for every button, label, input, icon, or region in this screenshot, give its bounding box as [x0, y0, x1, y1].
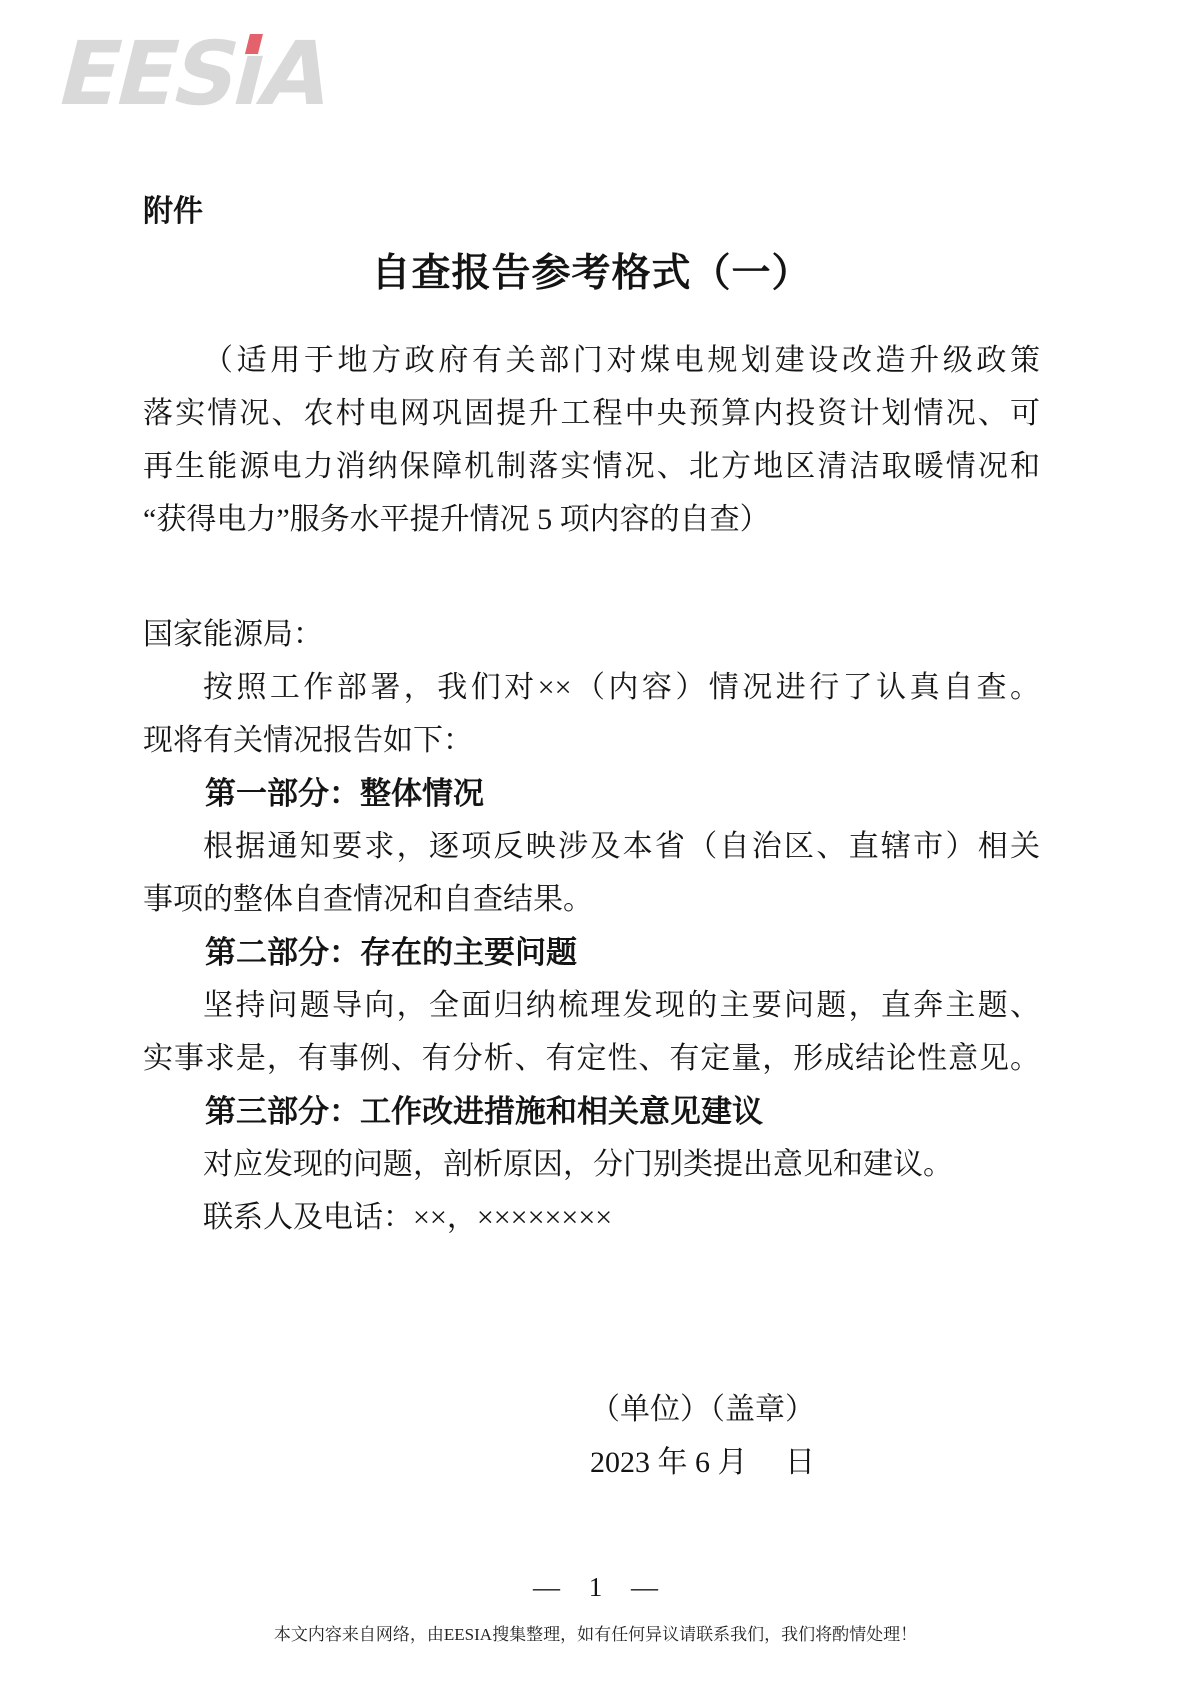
- signature-unit: （单位）（盖章）: [143, 1383, 815, 1436]
- report-body: 国家能源局： 按照工作部署，我们对××（内容）情况进行了认真自查。 现将有关情况…: [143, 608, 1040, 1244]
- section1-heading: 第一部分：整体情况: [143, 767, 1040, 820]
- signature-date: 2023 年 6 月 日: [143, 1436, 815, 1489]
- paragraph-line: 按照工作部署，我们对××（内容）情况进行了认真自查。: [143, 661, 1040, 714]
- subtitle-line: 落实情况、农村电网巩固提升工程中央预算内投资计划情况、可: [143, 387, 1040, 440]
- page-number: — 1 —: [0, 1572, 1191, 1602]
- section3-heading: 第三部分：工作改进措施和相关意见建议: [143, 1085, 1040, 1138]
- paragraph-line: 根据通知要求，逐项反映涉及本省（自治区、直辖市）相关: [143, 820, 1040, 873]
- contact-line: 联系人及电话：××，××××××××: [143, 1191, 1040, 1244]
- paragraph-line: 对应发现的问题，剖析原因，分门别类提出意见和建议。: [143, 1138, 1040, 1191]
- paragraph-line: 实事求是，有事例、有分析、有定性、有定量，形成结论性意见。: [143, 1032, 1040, 1085]
- paragraph-line: 事项的整体自查情况和自查结果。: [143, 873, 1040, 926]
- subtitle-paragraph: （适用于地方政府有关部门对煤电规划建设改造升级政策 落实情况、农村电网巩固提升工…: [143, 334, 1040, 546]
- section2-heading: 第二部分：存在的主要问题: [143, 926, 1040, 979]
- salutation: 国家能源局：: [143, 608, 1040, 661]
- logo-text-pre: EES: [50, 30, 247, 118]
- document-page: EESıA 附件 自查报告参考格式（一） （适用于地方政府有关部门对煤电规划建设…: [0, 0, 1191, 1684]
- signature-block: （单位）（盖章） 2023 年 6 月 日: [143, 1383, 1040, 1489]
- paragraph-line: 坚持问题导向，全面归纳梳理发现的主要问题，直奔主题、: [143, 979, 1040, 1032]
- eesia-logo: EESıA: [50, 30, 339, 118]
- page-title: 自查报告参考格式（一）: [143, 246, 1040, 302]
- subtitle-line: “获得电力”服务水平提升情况 5 项内容的自查）: [143, 493, 1040, 546]
- subtitle-line: （适用于地方政府有关部门对煤电规划建设改造升级政策: [143, 334, 1040, 387]
- document-content: 附件 自查报告参考格式（一） （适用于地方政府有关部门对煤电规划建设改造升级政策…: [143, 192, 1040, 1489]
- paragraph-line: 现将有关情况报告如下：: [143, 714, 1040, 767]
- subtitle-line: 再生能源电力消纳保障机制落实情况、北方地区清洁取暖情况和: [143, 440, 1040, 493]
- footer-note: 本文内容来自网络，由EESIA搜集整理，如有任何异议请联系我们，我们将酌情处理！: [0, 1624, 1191, 1646]
- attachment-label: 附件: [143, 192, 1040, 232]
